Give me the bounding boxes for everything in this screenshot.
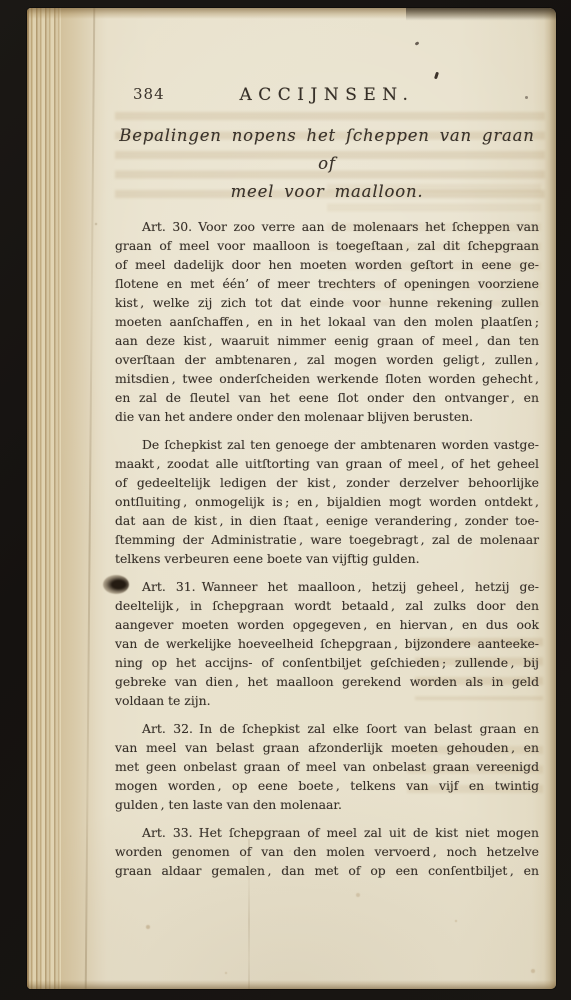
- section-heading-line: meel voor maalloon.: [115, 178, 539, 206]
- text-line: dat aan de kist , in dien ſtaat , eenige…: [115, 511, 539, 530]
- section-heading: Bepalingen nopens het ſcheppen van graan…: [115, 122, 539, 206]
- text-line: van de werkelijke hoeveelheid ſchepgraan…: [115, 634, 539, 653]
- text-block: 384 ACCIJNSEN. Bepalingen nopens het ſch…: [115, 8, 539, 889]
- page-right-edge: [544, 8, 556, 989]
- text-line: overſtaan der ambtenaren , zal mogen wor…: [115, 350, 539, 369]
- scanned-book-page: 384 ACCIJNSEN. Bepalingen nopens het ſch…: [0, 0, 571, 1000]
- text-line: ſlotene en met één’ of meer trechters of…: [115, 274, 539, 293]
- text-line: en zal de ſleutel van het eene ſlot onde…: [115, 388, 539, 407]
- text-line: deeltelijk , in ſchepgraan wordt betaald…: [115, 596, 539, 615]
- book-page-paper: 384 ACCIJNSEN. Bepalingen nopens het ſch…: [27, 8, 556, 989]
- text-line: Art. 31. Wanneer het maalloon , hetzij g…: [115, 577, 539, 596]
- paragraph: Art. 31. Wanneer het maalloon , hetzij g…: [115, 577, 539, 710]
- paragraph: Art. 32. In de ſchepkist zal elke ſoort …: [115, 719, 539, 814]
- foxing-spots: [27, 8, 29, 10]
- text-line: ontſluiting , onmogelijk is ; en , bijal…: [115, 492, 539, 511]
- page-bottom-edge: [27, 980, 556, 989]
- text-line: telkens verbeuren eene boete van vijftig…: [115, 549, 539, 568]
- text-line: voldaan te zijn.: [115, 691, 539, 710]
- text-line: ſtemming der Administratie , ware toegeb…: [115, 530, 539, 549]
- text-line: gebreke van dien , het maalloon gerekend…: [115, 672, 539, 691]
- text-line: Art. 30. Voor zoo verre aan de molenaars…: [115, 217, 539, 236]
- text-line: ning op het accijns- of conſentbiljet ge…: [115, 653, 539, 672]
- page-number: 384: [133, 85, 165, 103]
- text-line: gulden , ten laste van den molenaar.: [115, 795, 539, 814]
- text-line: kist , welke zij zich tot dat einde voor…: [115, 293, 539, 312]
- text-line: of gedeeltelijk ledigen der kist , zonde…: [115, 473, 539, 492]
- section-heading-line: Bepalingen nopens het ſcheppen van graan…: [115, 122, 539, 178]
- text-line: maakt , zoodat alle uitſtorting van graa…: [115, 454, 539, 473]
- page-edge-stack: [27, 8, 61, 989]
- ink-speck: [525, 96, 528, 99]
- text-line: aan deze kist , waaruit nimmer eenig gra…: [115, 331, 539, 350]
- text-line: Art. 32. In de ſchepkist zal elke ſoort …: [115, 719, 539, 738]
- text-line: van meel van belast graan afzonderlijk m…: [115, 738, 539, 757]
- text-line: graan aldaar gemalen , dan met of op een…: [115, 861, 539, 880]
- text-line: mogen worden , op eene boete , telkens v…: [115, 776, 539, 795]
- text-line: mitsdien , twee onderſcheiden werkende ſ…: [115, 369, 539, 388]
- body-text: Art. 30. Voor zoo verre aan de molenaars…: [115, 217, 539, 880]
- text-line: met geen onbelast graan of meel van onbe…: [115, 757, 539, 776]
- running-title: ACCIJNSEN.: [115, 85, 539, 105]
- ink-blot-stain: [103, 575, 129, 594]
- paragraph: De ſchepkist zal ten genoege der ambtena…: [115, 435, 539, 568]
- page-header: 384 ACCIJNSEN.: [115, 85, 539, 106]
- text-line: worden genomen of van den molen vervoerd…: [115, 842, 539, 861]
- text-line: aangever moeten worden opgegeven , en hi…: [115, 615, 539, 634]
- text-line: die van het andere onder den molenaar bl…: [115, 407, 539, 426]
- text-line: De ſchepkist zal ten genoege der ambtena…: [115, 435, 539, 454]
- paragraph: Art. 30. Voor zoo verre aan de molenaars…: [115, 217, 539, 426]
- text-line: of meel dadelijk door hen moeten worden …: [115, 255, 539, 274]
- paragraph: Art. 33. Het ſchepgraan of meel zal uit …: [115, 823, 539, 880]
- text-line: moeten aanſchaffen , en in het lokaal va…: [115, 312, 539, 331]
- page-edge-fade: [61, 8, 107, 989]
- text-line: graan of meel voor maalloon is toegeſtaa…: [115, 236, 539, 255]
- text-line: Art. 33. Het ſchepgraan of meel zal uit …: [115, 823, 539, 842]
